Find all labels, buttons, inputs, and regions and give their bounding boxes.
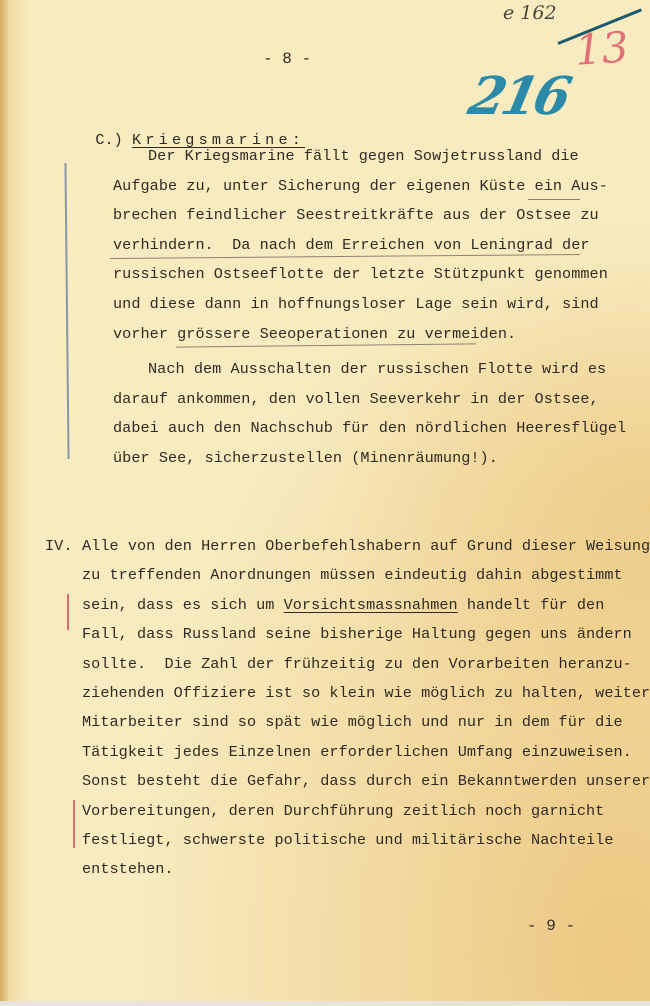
typed-line: Aufgabe zu, unter Sicherung der eigenen … xyxy=(113,177,608,195)
typed-line: Nach dem Ausschalten der russischen Flot… xyxy=(148,360,606,378)
section-c-label: C.) xyxy=(95,131,123,149)
underlined-phrase: Vorsichtsmassnahmen xyxy=(284,596,458,614)
typed-line: über See, sicherzustellen (Minenräumung!… xyxy=(113,449,498,467)
typed-line: Mitarbeiter sind so spät wie möglich und… xyxy=(82,713,623,731)
archive-reference: e 162 xyxy=(503,2,557,24)
pencil-underline xyxy=(528,199,580,200)
page-number-bottom: - 9 - xyxy=(527,917,575,935)
typed-line: verhindern. Da nach dem Erreichen von Le… xyxy=(113,236,590,254)
paper-left-edge xyxy=(0,0,8,1006)
typed-line: sein, dass es sich um Vorsichtsmassnahme… xyxy=(82,596,604,614)
typed-line: vorher grössere Seeoperationen zu vermei… xyxy=(113,325,516,343)
red-margin-mark xyxy=(67,594,69,630)
typed-line: dabei auch den Nachschub für den nördlic… xyxy=(113,419,626,437)
typed-line: Vorbereitungen, deren Durchführung zeitl… xyxy=(82,802,604,820)
scan-bottom-edge xyxy=(0,1001,650,1006)
typed-line: Der Kriegsmarine fällt gegen Sowjetrussl… xyxy=(148,147,579,165)
typed-line: Fall, dass Russland seine bisherige Halt… xyxy=(82,625,632,643)
typed-line: Sonst besteht die Gefahr, dass durch ein… xyxy=(82,772,650,790)
new-folio-number: 216 xyxy=(464,66,574,127)
typed-line: Alle von den Herren Oberbefehlshabern au… xyxy=(82,537,650,555)
typed-line: ziehenden Offiziere ist so klein wie mög… xyxy=(82,684,650,702)
typed-line: und diese dann in hoffnungsloser Lage se… xyxy=(113,295,599,313)
typed-line: russischen Ostseeflotte der letzte Stütz… xyxy=(113,265,608,283)
section-iv-label: IV. xyxy=(45,537,73,555)
red-margin-mark xyxy=(73,800,75,848)
section-c-heading: C.) Kriegsmarine: xyxy=(77,113,305,149)
typed-line: entstehen. xyxy=(82,860,174,878)
typed-line: sollte. Die Zahl der frühzeitig zu den V… xyxy=(82,655,632,673)
page-number-top: - 8 - xyxy=(263,50,311,68)
old-folio-number: 13 xyxy=(573,22,630,75)
typed-line: zu treffenden Anordnungen müssen eindeut… xyxy=(82,566,623,584)
typed-line: darauf ankommen, den vollen Seeverkehr i… xyxy=(113,390,599,408)
typed-line: Tätigkeit jedes Einzelnen erforderlichen… xyxy=(82,743,632,761)
typed-line: brechen feindlicher Seestreitkräfte aus … xyxy=(113,206,599,224)
typed-line: festliegt, schwerste politische und mili… xyxy=(82,831,614,849)
